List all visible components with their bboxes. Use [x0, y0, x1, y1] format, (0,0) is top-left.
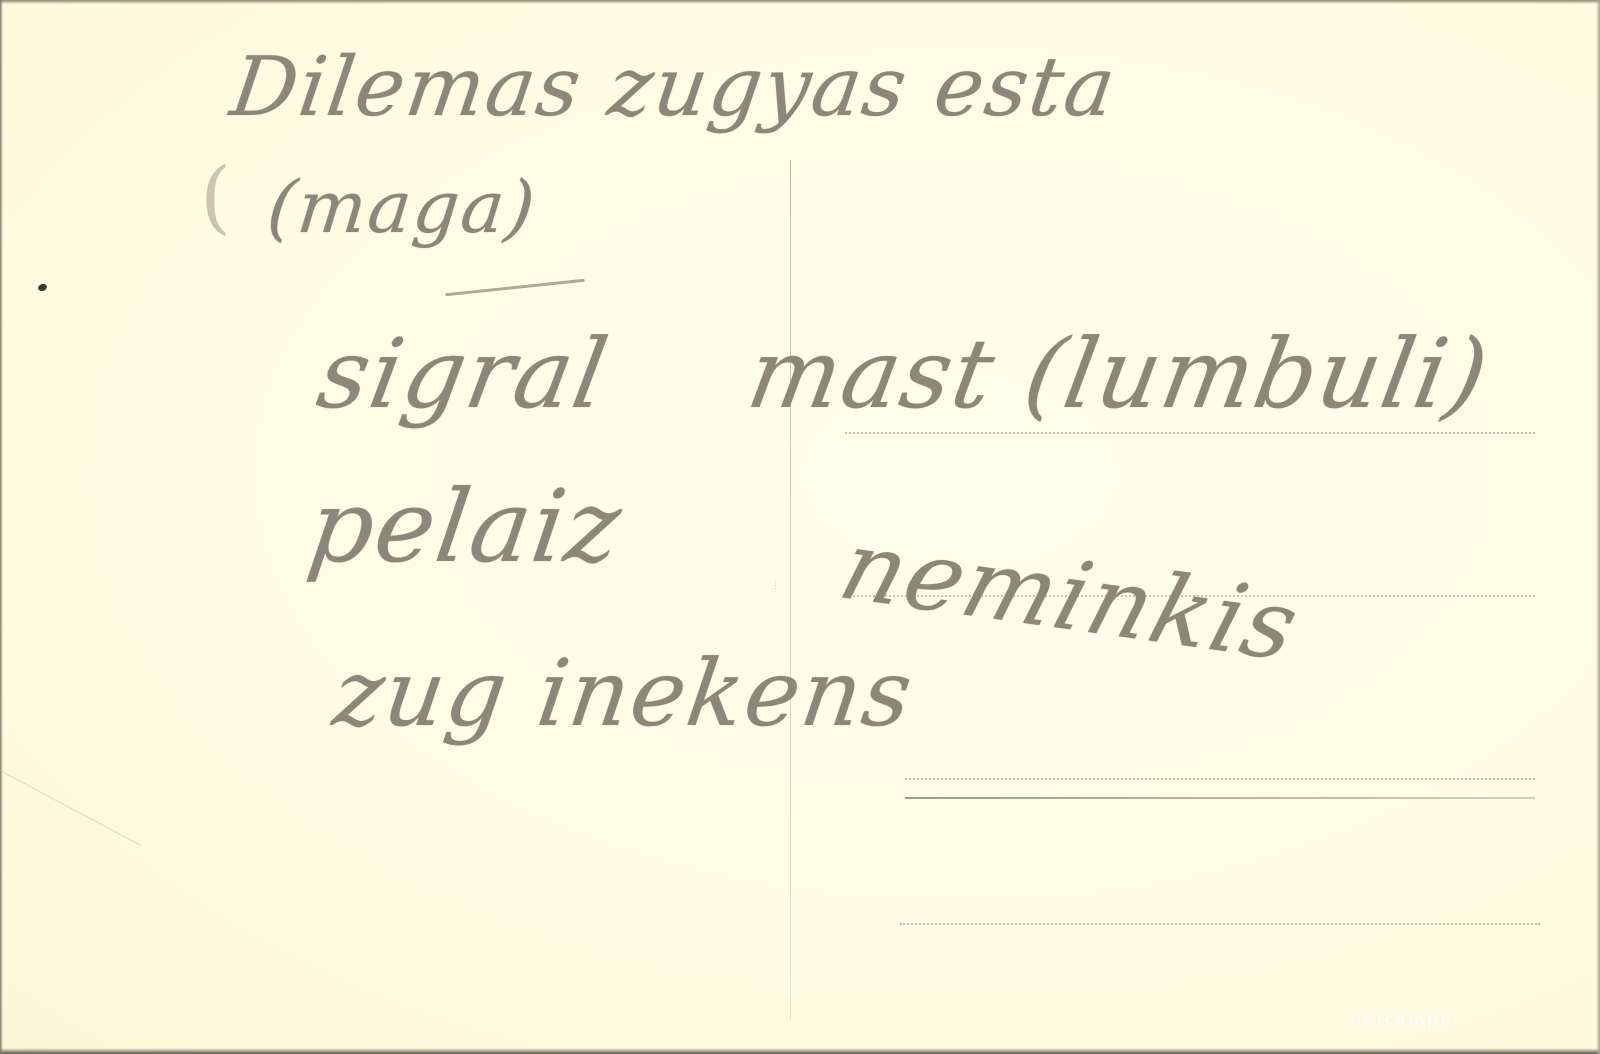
- paper-crease: [0, 770, 141, 917]
- address-line-1: [845, 432, 1535, 434]
- postcard-back: ··· ( Dilemas zugyas esta (maga) sigral …: [0, 0, 1600, 1054]
- card-edge-bottom: [0, 1048, 1600, 1054]
- handwriting-line-3b: mast (lumbuli): [740, 318, 1498, 430]
- center-divider-line: [790, 160, 791, 1020]
- card-edge-right: [1596, 0, 1600, 1054]
- divider-imprint-text: ···: [772, 470, 812, 590]
- card-edge-left: [0, 0, 3, 1054]
- handwriting-line-2: (maga): [264, 165, 541, 249]
- card-edge-top: [0, 0, 1600, 4]
- address-line-3: [905, 778, 1535, 780]
- address-solid-line: [905, 797, 1535, 799]
- handwriting-line-3: sigral: [310, 318, 617, 430]
- address-line-4: [900, 923, 1540, 925]
- handwritten-underline: [445, 279, 585, 297]
- handwriting-line-1: Dilemas zugyas esta: [225, 40, 1122, 135]
- handwritten-paren: (: [200, 150, 231, 243]
- handwriting-text: sigral: [310, 318, 617, 430]
- handwriting-text: esta: [929, 40, 1123, 135]
- ink-spot: [37, 283, 48, 293]
- watermark: delcampe: [1350, 1010, 1453, 1029]
- handwriting-line-4: pelaiz: [302, 468, 630, 585]
- handwriting-text: Dilemas zugyas: [225, 40, 914, 135]
- handwriting-line-6: zug inekens: [327, 640, 920, 747]
